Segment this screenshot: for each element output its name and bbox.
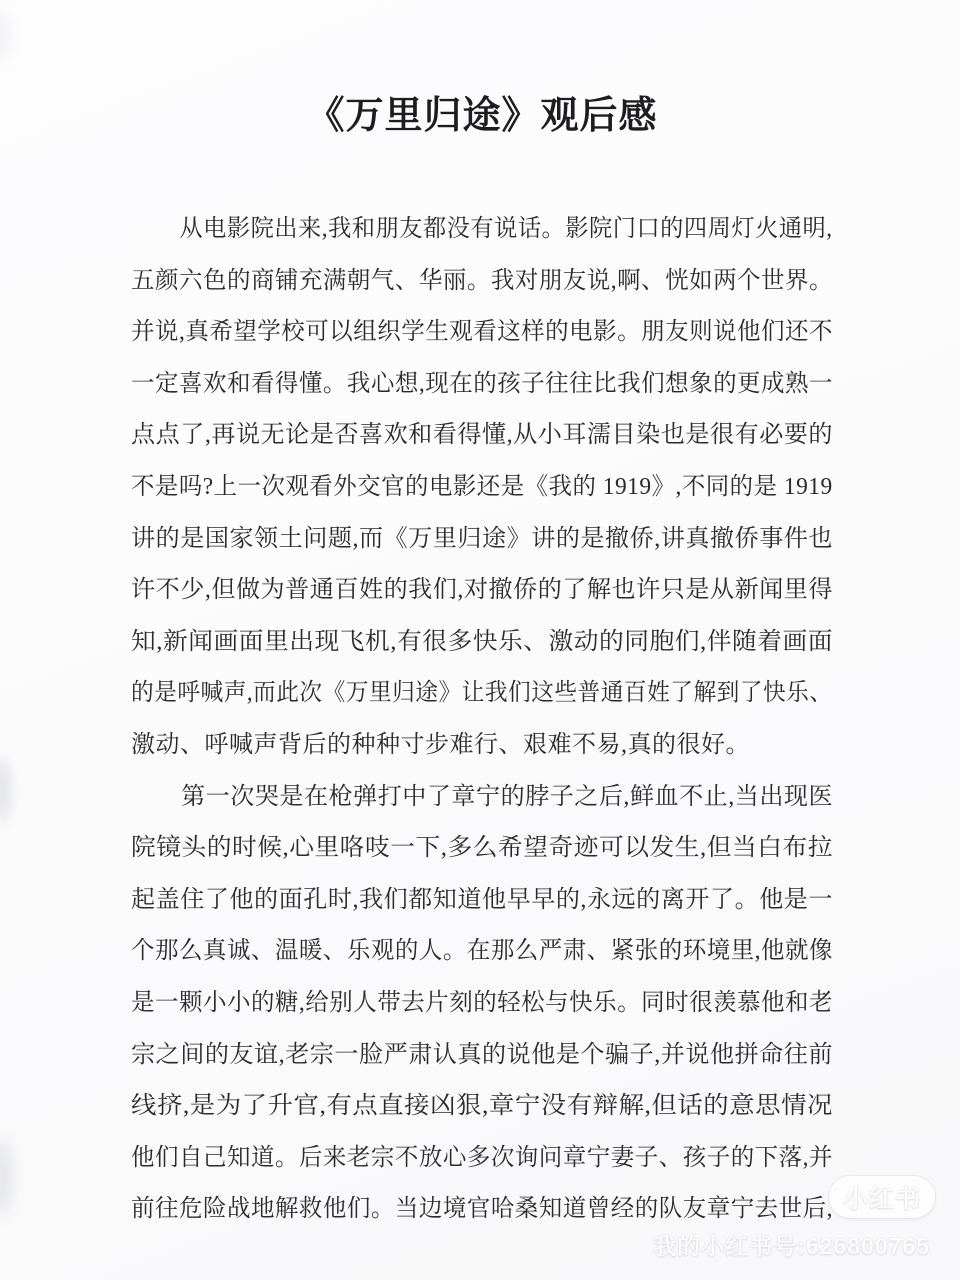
essay-line: 讲的是国家领土问题,而《万里归途》讲的是撤侨,讲真撤侨事件也 xyxy=(131,514,833,566)
essay-line: 第一次哭是在枪弹打中了章宁的脖子之后,鲜血不止,当出现医 xyxy=(131,772,833,824)
essay-content: 《万里归途》观后感 从电影院出来,我和朋友都没有说话。影院门口的四周灯火通明, … xyxy=(131,0,833,1236)
essay-line: 并说,真希望学校可以组织学生观看这样的电影。朋友则说他们还不 xyxy=(131,307,833,359)
essay-line: 一定喜欢和看得懂。我心想,现在的孩子往往比我们想象的更成熟一 xyxy=(131,359,833,411)
essay-line: 的是呼喊声,而此次《万里归途》让我们这些普通百姓了解到了快乐、 xyxy=(131,668,833,720)
essay-line: 线挤,是为了升官,有点直接凶狠,章宁没有辩解,但话的意思情况 xyxy=(131,1081,833,1133)
page-title: 《万里归途》观后感 xyxy=(131,84,833,132)
essay-line: 起盖住了他的面孔时,我们都知道他早早的,永远的离开了。他是一 xyxy=(131,875,833,927)
essay-line: 不是吗?上一次观看外交官的电影还是《我的 1919》,不同的是 1919 xyxy=(131,462,833,514)
xiaohongshu-logo-text: 小红书 xyxy=(843,1179,921,1215)
paper-edge-shadow xyxy=(0,1138,12,1216)
essay-body: 从电影院出来,我和朋友都没有说话。影院门口的四周灯火通明, 五颜六色的商铺充满朝… xyxy=(131,204,833,1236)
document-page: 《万里归途》观后感 从电影院出来,我和朋友都没有说话。影院门口的四周灯火通明, … xyxy=(0,0,960,1280)
essay-line: 是一颗小小的糖,给别人带去片刻的轻松与快乐。同时很羡慕他和老 xyxy=(131,978,833,1030)
essay-line: 五颜六色的商铺充满朝气、华丽。我对朋友说,啊、恍如两个世界。 xyxy=(131,256,833,308)
essay-line: 知,新闻画面里出现飞机,有很多快乐、激动的同胞们,伴随着画面 xyxy=(131,617,833,669)
essay-line: 他们自己知道。后来老宗不放心多次询问章宁妻子、孩子的下落,并 xyxy=(131,1133,833,1185)
essay-line: 宗之间的友谊,老宗一脸严肃认真的说他是个骗子,并说他拼命往前 xyxy=(131,1030,833,1082)
essay-line: 点点了,再说无论是否喜欢和看得懂,从小耳濡目染也是很有必要的 xyxy=(131,410,833,462)
paper-edge-shadow xyxy=(0,10,8,60)
essay-line: 个那么真诚、温暖、乐观的人。在那么严肃、紧张的环境里,他就像 xyxy=(131,926,833,978)
xiaohongshu-badge: 小红书 xyxy=(829,1176,935,1218)
paper-edge-shadow xyxy=(0,758,10,822)
essay-line: 从电影院出来,我和朋友都没有说话。影院门口的四周灯火通明, xyxy=(131,204,833,256)
xiaohongshu-id-watermark: 我的小红书号:626800765 xyxy=(653,1228,930,1261)
essay-line: 院镜头的时候,心里咯吱一下,多么希望奇迹可以发生,但当白布拉 xyxy=(131,823,833,875)
essay-line: 许不少,但做为普通百姓的我们,对撤侨的了解也许只是从新闻里得 xyxy=(131,565,833,617)
essay-line: 激动、呼喊声背后的种种寸步难行、艰难不易,真的很好。 xyxy=(131,720,833,772)
